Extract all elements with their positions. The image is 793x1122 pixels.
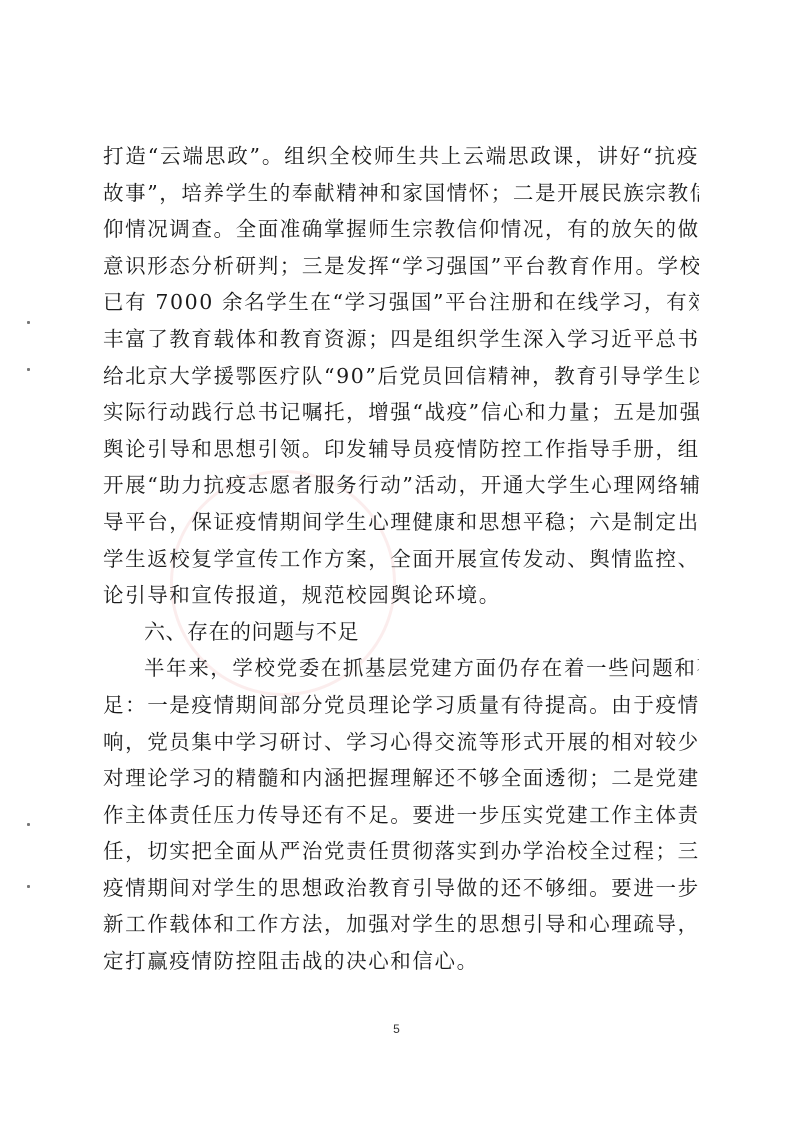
text-line: 舆论引导和思想引领。印发辅导员疫情防控工作指导手册，组织 — [103, 431, 699, 468]
paragraph-problems: 半年来，学校党委在抓基层党建方面仍存在着一些问题和不 足：一是疫情期间部分党员理… — [103, 650, 699, 979]
text-line: 任，切实把全面从严治党责任贯彻落实到办学治校全过程；三是 — [103, 833, 699, 870]
page-number: 5 — [0, 1022, 793, 1036]
text-line: 论引导和宣传报道，规范校园舆论环境。 — [103, 577, 699, 614]
paragraph-continued: 打造“云端思政”。组织全校师生共上云端思政课，讲好“抗疫 故事”，培养学生的奉献… — [103, 138, 699, 614]
text-line: 疫情期间对学生的思想政治教育引导做的还不够细。要进一步创 — [103, 870, 699, 907]
binding-mark — [27, 885, 30, 888]
section-heading: 六、存在的问题与不足 — [103, 614, 699, 651]
text-line: 足：一是疫情期间部分党员理论学习质量有待提高。由于疫情影 — [103, 687, 699, 724]
text-line: 开展“助力抗疫志愿者服务行动”活动，开通大学生心理网络辅 — [103, 467, 699, 504]
text-line: 故事”，培养学生的奉献精神和家国情怀；二是开展民族宗教信 — [103, 175, 699, 212]
text-line: 丰富了教育载体和教育资源；四是组织学生深入学习近平总书记 — [103, 321, 699, 358]
binding-mark — [27, 321, 30, 324]
text-line: 学生返校复学宣传工作方案，全面开展宣传发动、舆情监控、舆 — [103, 541, 699, 578]
text-line: 仰情况调查。全面准确掌握师生宗教信仰情况，有的放矢的做好 — [103, 211, 699, 248]
text-line: 对理论学习的精髓和内涵把握理解还不够全面透彻；二是党建工 — [103, 760, 699, 797]
text-line: 响，党员集中学习研讨、学习心得交流等形式开展的相对较少， — [103, 724, 699, 761]
text-line: 打造“云端思政”。组织全校师生共上云端思政课，讲好“抗疫 — [103, 138, 699, 175]
text-line: 导平台，保证疫情期间学生心理健康和思想平稳；六是制定出台 — [103, 504, 699, 541]
text-line: 作主体责任压力传导还有不足。要进一步压实党建工作主体责 — [103, 797, 699, 834]
binding-mark — [27, 368, 30, 371]
text-line: 给北京大学援鄂医疗队“90”后党员回信精神，教育引导学生以 — [103, 358, 699, 395]
text-line: 已有 7000 余名学生在“学习强国”平台注册和在线学习，有效 — [103, 284, 699, 321]
binding-mark — [27, 823, 30, 826]
text-line: 定打赢疫情防控阻击战的决心和信心。 — [103, 943, 699, 980]
text-line: 实际行动践行总书记嘱托，增强“战疫”信心和力量；五是加强 — [103, 394, 699, 431]
text-line: 意识形态分析研判；三是发挥“学习强国”平台教育作用。学校 — [103, 248, 699, 285]
document-body: 打造“云端思政”。组织全校师生共上云端思政课，讲好“抗疫 故事”，培养学生的奉献… — [103, 138, 699, 980]
text-line: 新工作载体和工作方法，加强对学生的思想引导和心理疏导，坚 — [103, 906, 699, 943]
text-line: 半年来，学校党委在抓基层党建方面仍存在着一些问题和不 — [103, 650, 699, 687]
document-page: 打造“云端思政”。组织全校师生共上云端思政课，讲好“抗疫 故事”，培养学生的奉献… — [0, 0, 793, 1122]
